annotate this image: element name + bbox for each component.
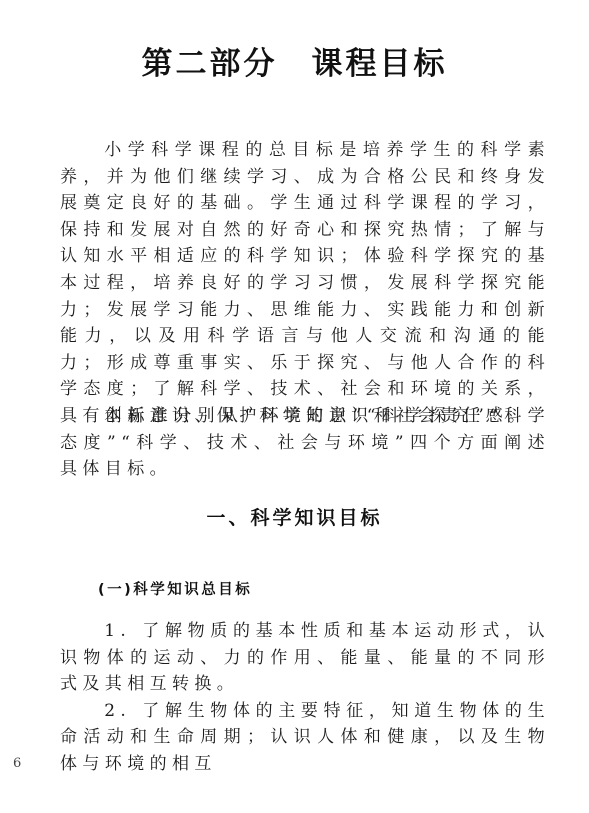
paragraph-four-aspects: 本标准分别从“科学知识”“科学探究”“科学态度”“科学、技术、社会与环境”四个方… — [60, 403, 550, 483]
standards-paragraph-block: 本标准分别从“科学知识”“科学探究”“科学态度”“科学、技术、社会与环境”四个方… — [60, 403, 550, 483]
goal-item-2: 2. 了解生物体的主要特征，知道生物体的生命活动和生命周期；认识人体和健康，以及… — [60, 698, 550, 778]
intro-paragraph-block: 小学科学课程的总目标是培养学生的科学素养，并为他们继续学习、成为合格公民和终身发… — [60, 137, 550, 430]
paragraph-overall-goal: 小学科学课程的总目标是培养学生的科学素养，并为他们继续学习、成为合格公民和终身发… — [60, 137, 550, 430]
page-number: 6 — [13, 756, 21, 771]
goal-items-list: 1. 了解物质的基本性质和基本运动形式，认识物体的运动、力的作用、能量、能量的不… — [60, 618, 550, 778]
section-heading: 一、科学知识目标 — [0, 503, 589, 533]
goal-item-1: 1. 了解物质的基本性质和基本运动形式，认识物体的运动、力的作用、能量、能量的不… — [60, 618, 550, 698]
page-title: 第二部分 课程目标 — [0, 44, 589, 84]
subsection-heading: (一)科学知识总目标 — [98, 578, 252, 602]
